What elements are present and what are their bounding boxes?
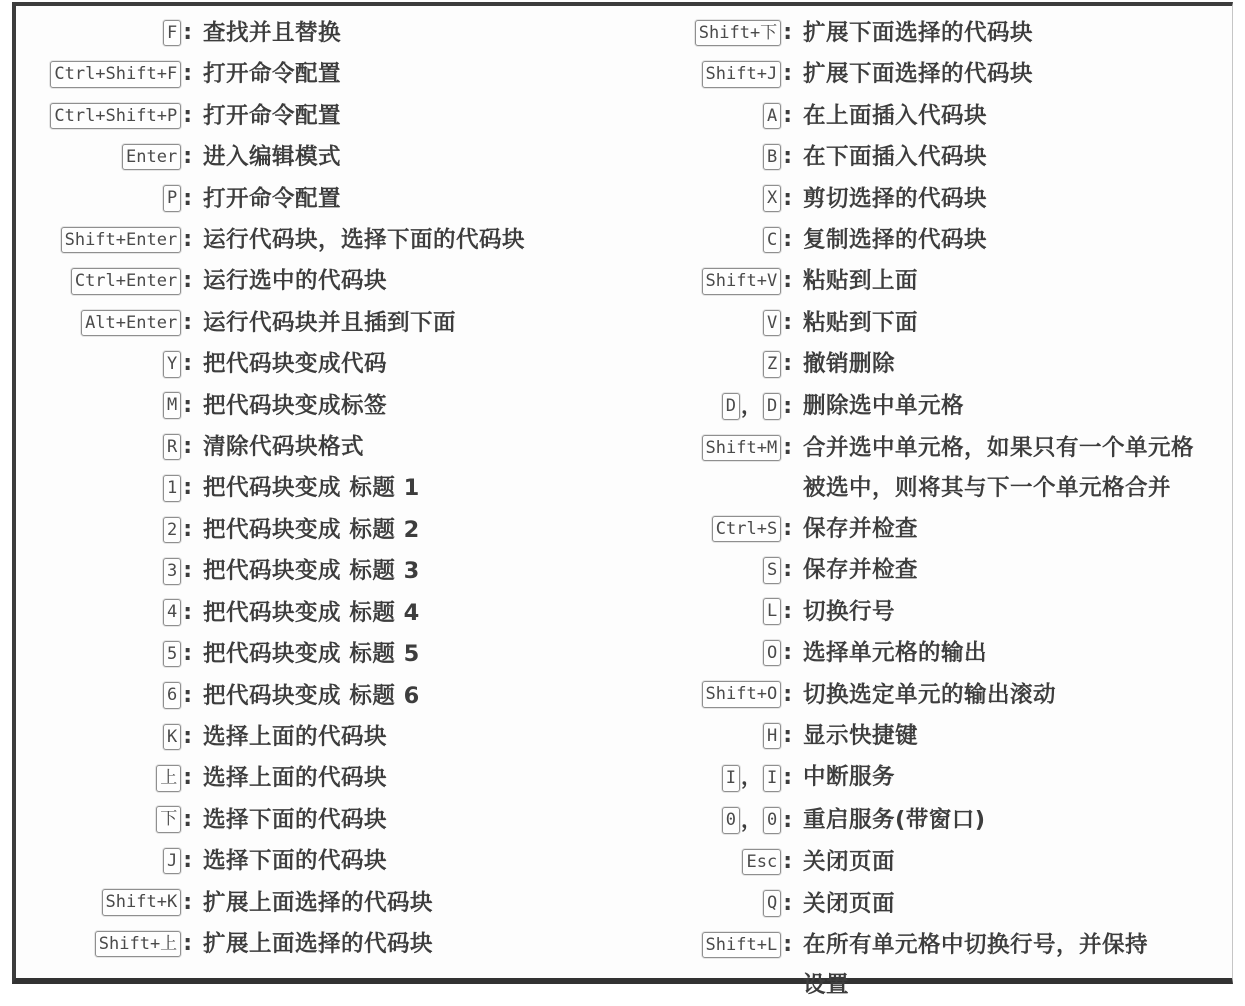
colon-separator: : <box>183 186 192 211</box>
shortcut-keys: O: <box>624 633 792 674</box>
shortcut-keys: V: <box>624 303 792 344</box>
keycap: Shift+M <box>702 435 782 462</box>
shortcut-row: Z:撤销删除 <box>624 344 1232 385</box>
colon-separator: : <box>783 310 792 335</box>
shortcut-row: C:复制选择的代码块 <box>624 220 1232 261</box>
colon-separator: : <box>183 890 192 915</box>
shortcut-description: 撤销删除 <box>792 344 1232 384</box>
shortcut-row: K:选择上面的代码块 <box>16 717 624 758</box>
keycap: Shift+L <box>702 932 782 959</box>
colon-separator: : <box>783 516 792 541</box>
shortcut-row: 0，0:重启服务(带窗口) <box>624 800 1232 842</box>
keycap: 0 <box>763 807 781 834</box>
shortcut-description: 剪切选择的代码块 <box>792 179 1232 219</box>
colon-separator: : <box>183 517 192 542</box>
shortcut-row: R:清除代码块格式 <box>16 427 624 468</box>
shortcut-row: 下:选择下面的代码块 <box>16 800 624 841</box>
shortcut-row: Shift+上:扩展上面选择的代码块 <box>16 924 624 965</box>
colon-separator: : <box>783 557 792 582</box>
keycap: 0 <box>722 807 740 834</box>
keycap: Ctrl+Shift+P <box>50 103 181 130</box>
shortcut-keys: J: <box>16 841 192 882</box>
shortcut-description: 在所有单元格中切换行号，并保持 设置 <box>792 925 1232 992</box>
shortcut-row: O:选择单元格的输出 <box>624 633 1232 674</box>
shortcut-keys: D，D: <box>624 386 792 428</box>
keycap: Shift+Enter <box>61 227 182 254</box>
shortcut-row: Shift+Enter:运行代码块，选择下面的代码块 <box>16 220 624 261</box>
colon-separator: : <box>783 435 792 460</box>
keycap: 3 <box>163 558 181 585</box>
shortcut-row: S:保存并检查 <box>624 550 1232 591</box>
shortcut-description: 复制选择的代码块 <box>792 220 1232 260</box>
colon-separator: : <box>783 849 792 874</box>
keycap: Shift+下 <box>695 20 781 47</box>
colon-separator: : <box>183 310 192 335</box>
shortcut-description: 关闭页面 <box>792 884 1232 924</box>
shortcut-description: 保存并检查 <box>792 509 1232 549</box>
shortcut-row: 3:把代码块变成 标题 3 <box>16 551 624 592</box>
shortcut-description: 保存并检查 <box>792 550 1232 590</box>
shortcut-description: 选择下面的代码块 <box>192 841 624 881</box>
keycap: M <box>163 392 181 419</box>
shortcut-description: 运行代码块，选择下面的代码块 <box>192 220 624 260</box>
shortcut-description: 把代码块变成 标题 5 <box>192 634 624 674</box>
shortcut-keys: Shift+M: <box>624 428 792 469</box>
shortcut-row: Ctrl+Shift+P:打开命令配置 <box>16 96 624 137</box>
keycap: A <box>763 103 781 130</box>
colon-separator: : <box>783 723 792 748</box>
keycap: Shift+O <box>702 681 782 708</box>
keycap: 4 <box>163 599 181 626</box>
shortcut-description: 运行选中的代码块 <box>192 261 624 301</box>
shortcut-keys: Shift+L: <box>624 925 792 966</box>
shortcut-description: 运行代码块并且插到下面 <box>192 303 624 343</box>
shortcut-description: 切换行号 <box>792 592 1232 632</box>
shortcut-description: 选择下面的代码块 <box>192 800 624 840</box>
keycap: S <box>763 557 781 584</box>
shortcut-row: Y:把代码块变成代码 <box>16 344 624 385</box>
colon-separator: : <box>183 600 192 625</box>
shortcut-row: I，I:中断服务 <box>624 757 1232 799</box>
colon-separator: : <box>783 103 792 128</box>
shortcut-description: 把代码块变成 标题 3 <box>192 551 624 591</box>
keycap: 上 <box>156 765 181 792</box>
shortcut-description: 选择上面的代码块 <box>192 758 624 798</box>
shortcut-description: 打开命令配置 <box>192 179 624 219</box>
shortcut-description: 显示快捷键 <box>792 716 1232 756</box>
shortcut-keys: L: <box>624 592 792 633</box>
colon-separator: : <box>183 848 192 873</box>
keycap: K <box>163 724 181 751</box>
colon-separator: : <box>783 682 792 707</box>
shortcut-keys: P: <box>16 179 192 220</box>
colon-separator: : <box>783 186 792 211</box>
shortcut-description: 清除代码块格式 <box>192 427 624 467</box>
shortcut-description: 在上面插入代码块 <box>792 96 1232 136</box>
shortcut-row: Ctrl+S:保存并检查 <box>624 509 1232 550</box>
keycap: C <box>763 227 781 254</box>
shortcut-description: 粘贴到下面 <box>792 303 1232 343</box>
shortcut-row: 6:把代码块变成 标题 6 <box>16 676 624 717</box>
shortcut-row: V:粘贴到下面 <box>624 303 1232 344</box>
shortcut-row: Ctrl+Enter:运行选中的代码块 <box>16 261 624 302</box>
shortcut-keys: 下: <box>16 800 192 841</box>
shortcut-keys: Shift+O: <box>624 675 792 716</box>
shortcut-keys: Ctrl+Shift+P: <box>16 96 192 137</box>
colon-separator: : <box>783 640 792 665</box>
shortcut-keys: H: <box>624 716 792 757</box>
keycap: Ctrl+Shift+F <box>50 61 181 88</box>
shortcut-row: Enter:进入编辑模式 <box>16 137 624 178</box>
colon-separator: : <box>783 765 792 790</box>
keycap: J <box>163 848 181 875</box>
shortcut-description: 把代码块变成代码 <box>192 344 624 384</box>
keycap: Y <box>163 351 181 378</box>
colon-separator: : <box>783 227 792 252</box>
shortcut-keys: Shift+J: <box>624 54 792 95</box>
shortcut-keys: Shift+上: <box>16 924 192 965</box>
shortcut-row: P:打开命令配置 <box>16 179 624 220</box>
shortcut-row: Shift+K:扩展上面选择的代码块 <box>16 883 624 924</box>
shortcut-keys: 3: <box>16 551 192 592</box>
shortcut-row: A:在上面插入代码块 <box>624 96 1232 137</box>
shortcut-row: X:剪切选择的代码块 <box>624 179 1232 220</box>
shortcut-row: H:显示快捷键 <box>624 716 1232 757</box>
shortcut-keys: B: <box>624 137 792 178</box>
keycap: Shift+K <box>102 889 182 916</box>
shortcut-description: 打开命令配置 <box>192 54 624 94</box>
shortcut-keys: 5: <box>16 634 192 675</box>
shortcut-keys: S: <box>624 550 792 591</box>
shortcut-row: Shift+J:扩展下面选择的代码块 <box>624 54 1232 95</box>
shortcut-description: 关闭页面 <box>792 842 1232 882</box>
colon-separator: : <box>783 808 792 833</box>
shortcut-row: 2:把代码块变成 标题 2 <box>16 510 624 551</box>
shortcut-row: J:选择下面的代码块 <box>16 841 624 882</box>
shortcut-keys: I，I: <box>624 757 792 799</box>
colon-separator: : <box>183 558 192 583</box>
shortcut-description: 扩展下面选择的代码块 <box>792 13 1232 53</box>
colon-separator: : <box>783 891 792 916</box>
shortcut-description: 切换选定单元的输出滚动 <box>792 675 1232 715</box>
shortcut-keys: F: <box>16 13 192 54</box>
keycap: Ctrl+S <box>712 516 781 543</box>
keycap: Shift+V <box>702 268 782 295</box>
keycap: Shift+上 <box>95 931 181 958</box>
shortcut-row: Shift+O:切换选定单元的输出滚动 <box>624 675 1232 716</box>
shortcut-description: 中断服务 <box>792 757 1232 797</box>
shortcut-columns: F:查找并且替换Ctrl+Shift+F:打开命令配置Ctrl+Shift+P:… <box>16 6 1232 992</box>
shortcut-keys: A: <box>624 96 792 137</box>
shortcut-description: 扩展上面选择的代码块 <box>192 924 624 964</box>
shortcut-keys: Shift+Enter: <box>16 220 192 261</box>
shortcut-column-right: Shift+下:扩展下面选择的代码块Shift+J:扩展下面选择的代码块A:在上… <box>624 13 1232 992</box>
shortcut-description: 打开命令配置 <box>192 96 624 136</box>
keycap: F <box>163 20 181 47</box>
shortcut-keys: Ctrl+S: <box>624 509 792 550</box>
colon-separator: : <box>183 807 192 832</box>
keycap: Q <box>763 890 781 917</box>
shortcut-keys: K: <box>16 717 192 758</box>
shortcut-keys: 6: <box>16 676 192 717</box>
shortcut-row: 1:把代码块变成 标题 1 <box>16 468 624 509</box>
shortcut-description: 把代码块变成 标题 6 <box>192 676 624 716</box>
colon-separator: : <box>183 475 192 500</box>
keycap: Enter <box>122 144 181 171</box>
shortcut-description: 粘贴到上面 <box>792 261 1232 301</box>
keycap: H <box>763 723 781 750</box>
colon-separator: : <box>183 393 192 418</box>
colon-separator: : <box>783 394 792 419</box>
shortcut-description: 合并选中单元格，如果只有一个单元格 被选中，则将其与下一个单元格合并 <box>792 428 1232 509</box>
colon-separator: : <box>183 765 192 790</box>
colon-separator: : <box>183 144 192 169</box>
keycap: Z <box>763 351 781 378</box>
colon-separator: : <box>783 61 792 86</box>
shortcut-row: D，D:删除选中单元格 <box>624 386 1232 428</box>
keycap: 1 <box>163 475 181 502</box>
keycap: Alt+Enter <box>81 310 181 337</box>
colon-separator: : <box>183 351 192 376</box>
shortcuts-page: F:查找并且替换Ctrl+Shift+F:打开命令配置Ctrl+Shift+P:… <box>12 2 1233 984</box>
keycap: 2 <box>163 517 181 544</box>
shortcut-keys: Alt+Enter: <box>16 303 192 344</box>
shortcut-keys: Shift+K: <box>16 883 192 924</box>
keycap: Ctrl+Enter <box>71 268 181 295</box>
colon-separator: : <box>183 268 192 293</box>
keycap: 下 <box>156 806 181 833</box>
shortcut-keys: 0，0: <box>624 800 792 842</box>
shortcut-description: 重启服务(带窗口) <box>792 800 1232 840</box>
shortcut-column-left: F:查找并且替换Ctrl+Shift+F:打开命令配置Ctrl+Shift+P:… <box>16 13 624 992</box>
shortcut-row: Shift+V:粘贴到上面 <box>624 261 1232 302</box>
colon-separator: : <box>783 20 792 45</box>
shortcut-description: 选择单元格的输出 <box>792 633 1232 673</box>
keycap: D <box>722 393 740 420</box>
colon-separator: : <box>783 144 792 169</box>
shortcut-row: 4:把代码块变成 标题 4 <box>16 593 624 634</box>
keycap: I <box>763 765 781 792</box>
shortcut-row: Esc:关闭页面 <box>624 842 1232 883</box>
colon-separator: : <box>783 351 792 376</box>
shortcut-description: 把代码块变成 标题 1 <box>192 468 624 508</box>
shortcut-row: Shift+L:在所有单元格中切换行号，并保持 设置 <box>624 925 1232 992</box>
keycap: Esc <box>742 849 781 876</box>
colon-separator: : <box>183 931 192 956</box>
keycap: P <box>163 185 181 212</box>
colon-separator: : <box>783 932 792 957</box>
colon-separator: : <box>783 599 792 624</box>
shortcut-keys: C: <box>624 220 792 261</box>
shortcut-description: 把代码块变成 标题 2 <box>192 510 624 550</box>
shortcut-description: 进入编辑模式 <box>192 137 624 177</box>
shortcut-row: Alt+Enter:运行代码块并且插到下面 <box>16 303 624 344</box>
colon-separator: : <box>183 227 192 252</box>
shortcut-row: Shift+下:扩展下面选择的代码块 <box>624 13 1232 54</box>
key-separator: ， <box>741 394 762 418</box>
keycap: 5 <box>163 641 181 668</box>
shortcut-keys: 1: <box>16 468 192 509</box>
shortcut-keys: 2: <box>16 510 192 551</box>
shortcut-keys: X: <box>624 179 792 220</box>
colon-separator: : <box>183 20 192 45</box>
shortcut-keys: R: <box>16 427 192 468</box>
shortcut-keys: Y: <box>16 344 192 385</box>
shortcut-keys: Ctrl+Enter: <box>16 261 192 302</box>
colon-separator: : <box>783 268 792 293</box>
shortcut-description: 在下面插入代码块 <box>792 137 1232 177</box>
shortcut-keys: Esc: <box>624 842 792 883</box>
shortcut-description: 选择上面的代码块 <box>192 717 624 757</box>
shortcut-row: B:在下面插入代码块 <box>624 137 1232 178</box>
shortcut-row: Ctrl+Shift+F:打开命令配置 <box>16 54 624 95</box>
colon-separator: : <box>183 724 192 749</box>
shortcut-keys: 4: <box>16 593 192 634</box>
shortcut-keys: Ctrl+Shift+F: <box>16 54 192 95</box>
keycap: R <box>163 434 181 461</box>
key-separator: ， <box>741 808 762 832</box>
keycap: Shift+J <box>702 61 782 88</box>
shortcut-keys: Q: <box>624 884 792 925</box>
shortcut-description: 删除选中单元格 <box>792 386 1232 426</box>
keycap: D <box>763 393 781 420</box>
shortcut-row: M:把代码块变成标签 <box>16 386 624 427</box>
shortcut-keys: Z: <box>624 344 792 385</box>
key-separator: ， <box>741 765 762 789</box>
keycap: V <box>763 310 781 337</box>
shortcut-row: Shift+M:合并选中单元格，如果只有一个单元格 被选中，则将其与下一个单元格… <box>624 428 1232 509</box>
colon-separator: : <box>183 434 192 459</box>
shortcut-row: 5:把代码块变成 标题 5 <box>16 634 624 675</box>
shortcut-keys: Shift+V: <box>624 261 792 302</box>
keycap: B <box>763 144 781 171</box>
shortcut-description: 查找并且替换 <box>192 13 624 53</box>
shortcut-keys: 上: <box>16 758 192 799</box>
shortcut-row: L:切换行号 <box>624 592 1232 633</box>
keycap: X <box>763 185 781 212</box>
keycap: I <box>722 765 740 792</box>
shortcut-keys: Shift+下: <box>624 13 792 54</box>
shortcut-row: 上:选择上面的代码块 <box>16 758 624 799</box>
colon-separator: : <box>183 103 192 128</box>
keycap: 6 <box>163 682 181 709</box>
shortcut-row: F:查找并且替换 <box>16 13 624 54</box>
shortcut-description: 把代码块变成 标题 4 <box>192 593 624 633</box>
colon-separator: : <box>183 641 192 666</box>
shortcut-description: 扩展上面选择的代码块 <box>192 883 624 923</box>
shortcut-keys: M: <box>16 386 192 427</box>
shortcut-description: 扩展下面选择的代码块 <box>792 54 1232 94</box>
shortcut-description: 把代码块变成标签 <box>192 386 624 426</box>
keycap: O <box>763 640 781 667</box>
colon-separator: : <box>183 61 192 86</box>
colon-separator: : <box>183 683 192 708</box>
shortcut-row: Q:关闭页面 <box>624 884 1232 925</box>
keycap: L <box>763 598 781 625</box>
shortcut-keys: Enter: <box>16 137 192 178</box>
